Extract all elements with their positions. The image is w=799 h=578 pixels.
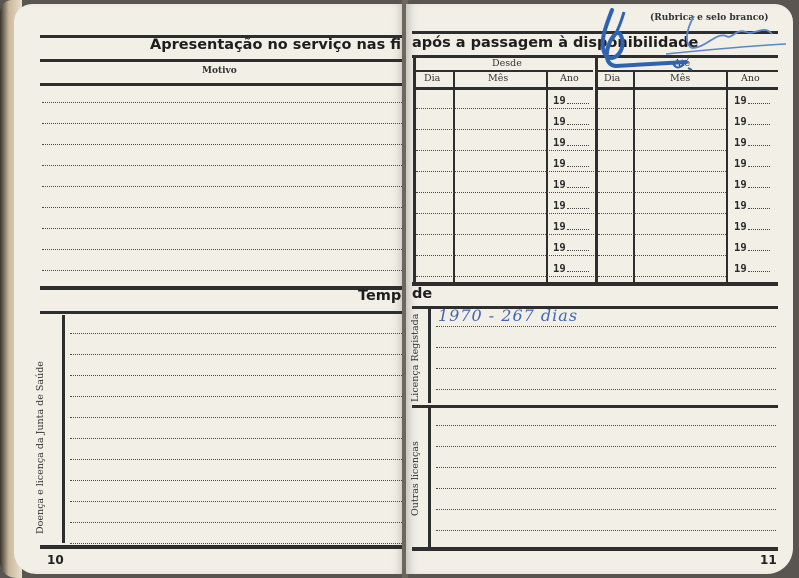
label-divider <box>428 408 431 548</box>
other-leave-line[interactable] <box>436 425 776 426</box>
year-ate[interactable]: 19 <box>734 158 770 170</box>
bottom-rule <box>40 545 406 549</box>
page-number-right: 11 <box>760 553 777 567</box>
registered-leave-line[interactable] <box>436 326 776 327</box>
other-leave-line[interactable] <box>436 488 776 489</box>
right-page: (Rubrica e selo branco) após a passagem … <box>406 4 793 574</box>
col-line <box>726 71 728 283</box>
registered-leave-label: Licença Registada <box>410 314 421 402</box>
other-leave-line[interactable] <box>436 509 776 510</box>
year-ate[interactable]: 19 <box>734 116 770 128</box>
year-ate[interactable]: 19 <box>734 179 770 191</box>
table-row[interactable] <box>598 150 726 151</box>
table-row[interactable] <box>416 150 594 151</box>
label-divider <box>428 309 431 403</box>
sick-leave-line[interactable] <box>70 396 404 397</box>
year-desde[interactable]: 19 <box>553 137 589 149</box>
other-leave-label: Outras licenças <box>410 441 421 516</box>
sick-leave-line[interactable] <box>70 333 404 334</box>
table-row[interactable] <box>416 108 594 109</box>
col-mes-desde: Mês <box>488 73 508 84</box>
motivo-header: Motivo <box>202 66 237 76</box>
other-leave-line[interactable] <box>436 530 776 531</box>
registered-leave-line[interactable] <box>436 368 776 369</box>
rule <box>40 311 406 314</box>
sick-leave-line[interactable] <box>70 501 404 502</box>
col-line <box>453 71 455 283</box>
year-ate[interactable]: 19 <box>734 200 770 212</box>
sick-leave-line[interactable] <box>70 417 404 418</box>
motivo-line[interactable] <box>42 144 402 145</box>
rule <box>40 59 406 62</box>
sick-leave-line[interactable] <box>70 375 404 376</box>
motivo-line[interactable] <box>42 102 402 103</box>
label-divider <box>62 315 65 543</box>
motivo-line[interactable] <box>42 165 402 166</box>
year-desde[interactable]: 19 <box>553 116 589 128</box>
bottom-rule <box>412 547 778 551</box>
table-row[interactable] <box>598 234 726 235</box>
table-row[interactable] <box>598 108 726 109</box>
table-row[interactable] <box>598 255 726 256</box>
table-row[interactable] <box>416 213 594 214</box>
year-desde[interactable]: 19 <box>553 200 589 212</box>
sick-leave-line[interactable] <box>70 522 404 523</box>
rule <box>415 87 593 90</box>
year-desde[interactable]: 19 <box>553 221 589 233</box>
year-desde[interactable]: 19 <box>553 95 589 107</box>
year-ate[interactable]: 19 <box>734 95 770 107</box>
page-number-left: 10 <box>47 553 64 567</box>
table-row[interactable] <box>416 255 594 256</box>
table-row[interactable] <box>416 276 594 277</box>
table-row[interactable] <box>598 129 726 130</box>
table-row[interactable] <box>416 234 594 235</box>
rule <box>597 87 778 90</box>
year-desde[interactable]: 19 <box>553 158 589 170</box>
handwritten-entry: 1970 - 267 dias <box>438 306 578 325</box>
year-desde[interactable]: 19 <box>553 242 589 254</box>
sick-leave-line[interactable] <box>70 543 404 544</box>
rule <box>415 70 593 72</box>
table-row[interactable] <box>598 213 726 214</box>
desde-header: Desde <box>492 58 522 69</box>
sick-leave-line[interactable] <box>70 480 404 481</box>
motivo-line[interactable] <box>42 186 402 187</box>
year-ate[interactable]: 19 <box>734 137 770 149</box>
year-ate[interactable]: 19 <box>734 263 770 275</box>
tempo-title-right: de <box>412 286 432 302</box>
table-row[interactable] <box>416 129 594 130</box>
col-line <box>633 71 635 283</box>
other-leave-line[interactable] <box>436 446 776 447</box>
table-row[interactable] <box>416 192 594 193</box>
table-row[interactable] <box>598 192 726 193</box>
table-row[interactable] <box>598 276 726 277</box>
col-line <box>546 71 548 283</box>
motivo-line[interactable] <box>42 207 402 208</box>
table-row[interactable] <box>598 171 726 172</box>
sick-leave-line[interactable] <box>70 438 404 439</box>
signature-icon <box>576 4 796 84</box>
sick-leave-line[interactable] <box>70 354 404 355</box>
other-leave-line[interactable] <box>436 467 776 468</box>
registered-leave-line[interactable] <box>436 347 776 348</box>
year-ate[interactable]: 19 <box>734 221 770 233</box>
col-dia-desde: Dia <box>424 73 440 84</box>
sick-leave-line[interactable] <box>70 459 404 460</box>
year-desde[interactable]: 19 <box>553 263 589 275</box>
table-row[interactable] <box>416 171 594 172</box>
motivo-line[interactable] <box>42 123 402 124</box>
year-ate[interactable]: 19 <box>734 242 770 254</box>
registered-leave-line[interactable] <box>436 389 776 390</box>
left-page: Apresentação no serviço nas fileiras Mot… <box>14 4 404 574</box>
motivo-line[interactable] <box>42 249 402 250</box>
year-desde[interactable]: 19 <box>553 179 589 191</box>
rule <box>40 83 406 86</box>
motivo-line[interactable] <box>42 228 402 229</box>
motivo-line[interactable] <box>42 270 402 271</box>
open-booklet: Apresentação no serviço nas fileiras Mot… <box>0 0 799 578</box>
sick-leave-label: Doença e licença da Junta de Saúde <box>35 361 46 534</box>
rule <box>412 405 778 408</box>
rule <box>40 286 406 290</box>
rule <box>412 282 778 286</box>
